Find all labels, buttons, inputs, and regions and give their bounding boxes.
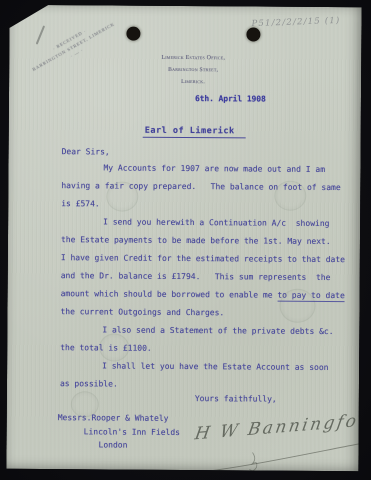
embossed-seal-ghost xyxy=(99,333,129,361)
body-line: amount which should be borrowed to enabl… xyxy=(61,285,361,305)
signature-flourish xyxy=(174,434,371,480)
body-line-part: amount which should be borrowed to enabl… xyxy=(61,289,278,300)
recipient-street: Lincoln's Inn Fields xyxy=(58,425,180,439)
recipient-address: Messrs.Rooper & Whately Lincoln's Inn Fi… xyxy=(58,411,181,452)
body-line: I shall let you have the Estate Account … xyxy=(60,357,360,377)
body-line: I have given Credit for the estimated re… xyxy=(61,249,361,269)
embossed-seal-ghost xyxy=(279,289,315,323)
body-line: and the Dr. balance is £1794. This sum r… xyxy=(61,267,361,287)
letterhead-street: Barrington Street, xyxy=(113,64,273,77)
subject-text: Earl of Limerick xyxy=(143,126,246,139)
letterhead: Limerick Estates Office, Barrington Stre… xyxy=(113,52,273,89)
body-line: My Accounts for 1907 are now made out an… xyxy=(61,159,361,179)
archival-reference: P51/2/2/2/15 (1) xyxy=(251,15,371,29)
letter-page: P51/2/2/2/15 (1) · RECEIVED · BARRINGTON… xyxy=(6,5,361,471)
punch-hole-icon xyxy=(246,27,260,41)
body-line: I send you herewith a Continuation A/c s… xyxy=(61,213,361,233)
letterhead-office: Limerick Estates Office, xyxy=(113,52,273,65)
embossed-seal-ghost xyxy=(71,391,99,417)
pencil-mark xyxy=(36,25,45,44)
letter-date: 6th. April 1908 xyxy=(195,94,266,103)
letter-body: My Accounts for 1907 are now made out an… xyxy=(60,159,362,395)
embossed-seal-ghost xyxy=(274,181,306,211)
punch-hole-icon xyxy=(126,27,140,41)
subject-heading: Earl of Limerick xyxy=(9,117,371,139)
salutation: Dear Sirs, xyxy=(62,147,110,156)
scan-background: P51/2/2/2/15 (1) · RECEIVED · BARRINGTON… xyxy=(0,0,371,480)
body-line: the Estate payments to be made before th… xyxy=(61,231,361,251)
embossed-seal-ghost xyxy=(106,181,138,211)
received-stamp: · RECEIVED · BARRINGTON STREET, LIMERICK… xyxy=(26,13,121,80)
recipient-city: London xyxy=(58,438,180,452)
letterhead-city: Limerick. xyxy=(113,76,273,89)
body-line: as possible. xyxy=(60,375,360,395)
closing-valediction: Yours faithfully, xyxy=(195,394,277,404)
